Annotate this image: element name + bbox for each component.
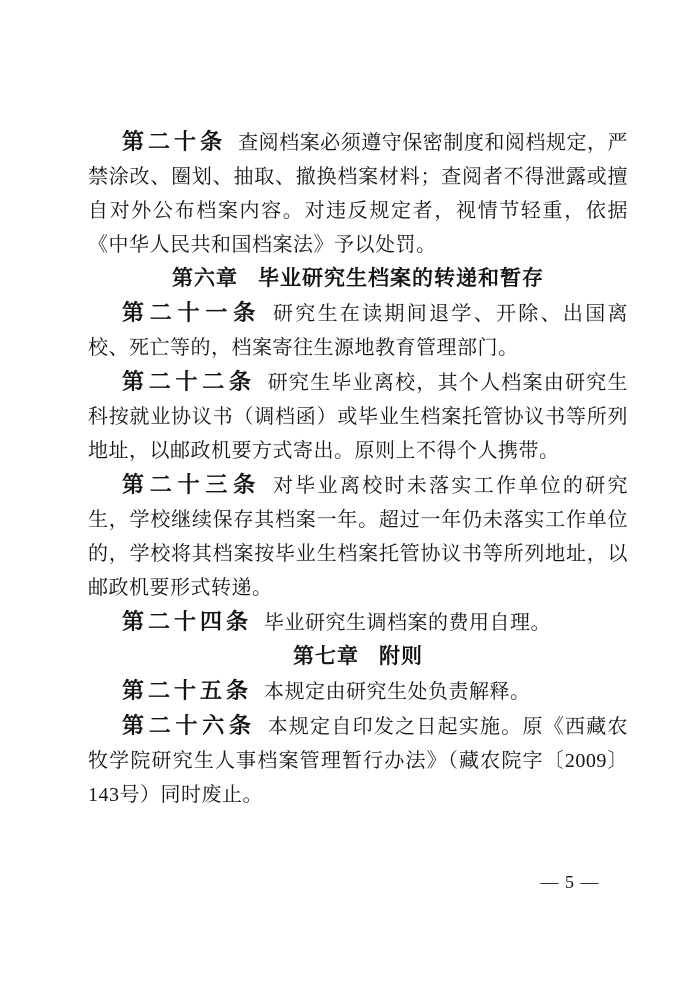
article-26: 第二十六条本规定自印发之日起实施。原《西藏农牧学院研究生人事档案管理暂行办法》（… <box>88 709 628 812</box>
article-24: 第二十四条毕业研究生调档案的费用自理。 <box>88 605 628 640</box>
article-23: 第二十三条对毕业离校时未落实工作单位的研究生，学校继续保存其档案一年。超过一年仍… <box>88 468 628 605</box>
article-25-label: 第二十五条 <box>122 678 252 703</box>
article-26-label: 第二十六条 <box>122 713 256 738</box>
document-page: 第二十条查阅档案必须遵守保密制度和阅档规定，严禁涂改、圈划、抽取、撤换档案材料；… <box>0 0 700 989</box>
page-number: — 5 — <box>540 871 600 893</box>
chapter-7-heading: 第七章附则 <box>88 640 628 674</box>
article-20-label: 第二十条 <box>122 129 226 154</box>
article-24-text: 毕业研究生调档案的费用自理。 <box>264 612 551 634</box>
article-24-label: 第二十四条 <box>122 609 252 634</box>
chapter-7-title: 附则 <box>379 645 423 668</box>
article-25: 第二十五条本规定由研究生处负责解释。 <box>88 674 628 709</box>
chapter-7-label: 第七章 <box>293 645 359 668</box>
article-23-label: 第二十三条 <box>122 472 261 497</box>
chapter-6-label: 第六章 <box>172 267 238 290</box>
document-body: 第二十条查阅档案必须遵守保密制度和阅档规定，严禁涂改、圈划、抽取、撤换档案材料；… <box>88 125 628 812</box>
article-20: 第二十条查阅档案必须遵守保密制度和阅档规定，严禁涂改、圈划、抽取、撤换档案材料；… <box>88 125 628 262</box>
article-21: 第二十一条研究生在读期间退学、开除、出国离校、死亡等的，档案寄往生源地教育管理部… <box>88 296 628 365</box>
article-21-label: 第二十一条 <box>122 300 261 325</box>
chapter-6-heading: 第六章毕业研究生档案的转递和暂存 <box>88 262 628 296</box>
article-22: 第二十二条研究生毕业离校，其个人档案由研究生科按就业协议书（调档函）或毕业生档案… <box>88 365 628 468</box>
article-25-text: 本规定由研究生处负责解释。 <box>264 681 531 703</box>
chapter-6-title: 毕业研究生档案的转递和暂存 <box>258 267 544 290</box>
article-22-label: 第二十二条 <box>122 369 256 394</box>
